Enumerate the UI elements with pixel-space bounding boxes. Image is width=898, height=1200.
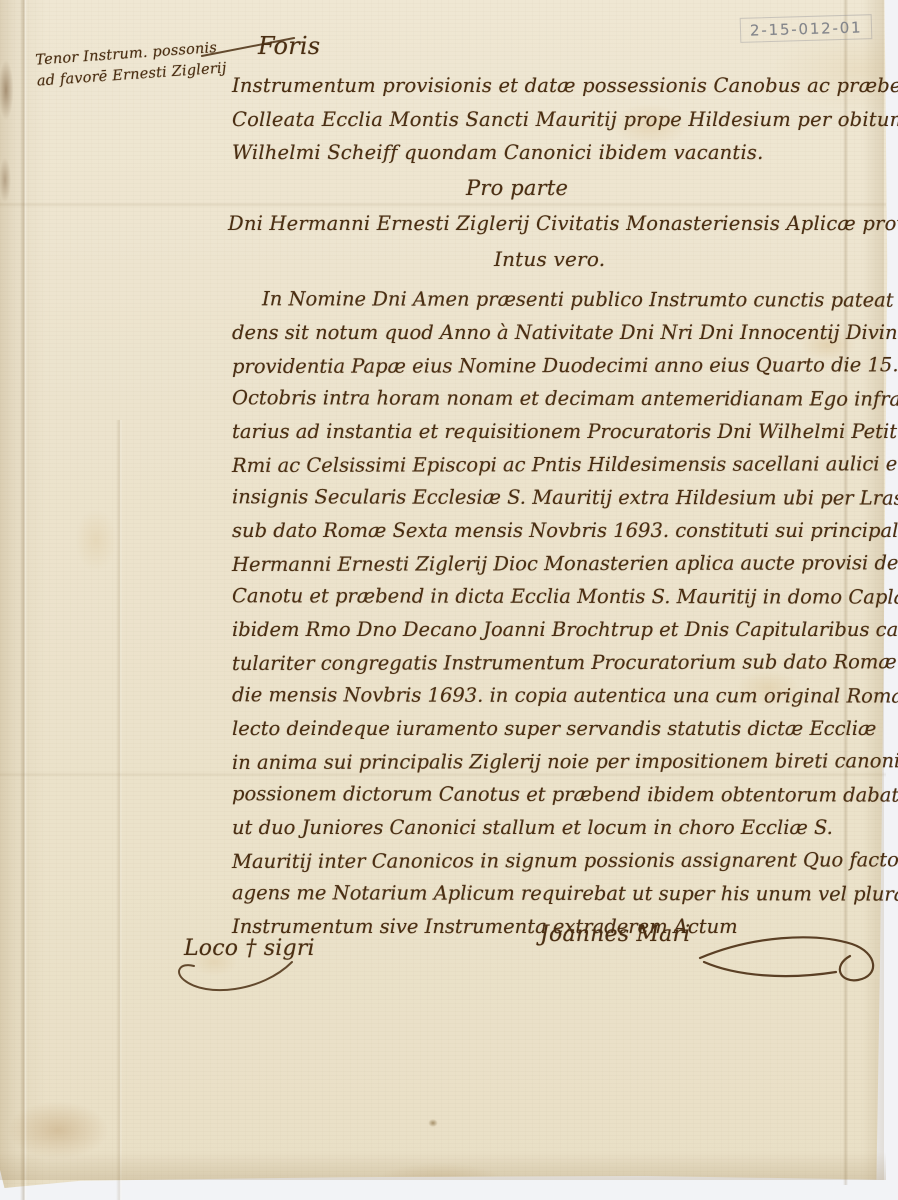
body-line: In Nomine Dni Amen præsenti publico Inst… (232, 282, 898, 317)
foris-line-3: Wilhelmi Scheiff quondam Canonici ibidem… (232, 141, 764, 164)
body-line: Octobris intra horam nonam et decimam an… (232, 381, 898, 416)
body-line: Mauritij inter Canonicos in signum possi… (232, 843, 898, 878)
body-text-block: In Nomine Dni Amen præsenti publico Inst… (232, 283, 898, 943)
body-line: Hermanni Ernesti Ziglerij Dioc Monasteri… (232, 546, 898, 581)
body-line: providentia Papæ eius Nomine Duodecimi a… (232, 348, 898, 383)
pro-parte-line: Dni Hermanni Ernesti Ziglerij Civitatis … (228, 212, 898, 235)
heading-foris: Foris (258, 32, 320, 60)
scanned-manuscript-page: { "colors": { "paper": "#ece3cd", "ink":… (0, 0, 898, 1200)
body-line: in anima sui principalis Ziglerij noie p… (232, 744, 898, 779)
body-line: agens me Notarium Aplicum requirebat ut … (232, 876, 898, 911)
body-line: Canotu et præbend in dicta Ecclia Montis… (232, 579, 898, 614)
body-line: Rmi ac Celsissimi Episcopi ac Pntis Hild… (232, 447, 898, 482)
body-line: possionem dictorum Canotus et præbend ib… (232, 777, 898, 812)
foris-line-2: Colleata Ecclia Montis Sancti Mauritij p… (232, 108, 898, 131)
body-line: dens sit notum quod Anno à Nativitate Dn… (232, 316, 898, 349)
body-line: ibidem Rmo Dno Decano Joanni Brochtrup e… (232, 613, 898, 646)
body-line: sub dato Romæ Sexta mensis Novbris 1693.… (232, 514, 898, 547)
body-line: tarius ad instantia et requisitionem Pro… (232, 415, 898, 448)
foris-line-1: Instrumentum provisionis et datæ possess… (232, 74, 898, 97)
body-line: lecto deindeque iuramento super servandi… (232, 712, 898, 745)
body-line: insignis Secularis Ecclesiæ S. Mauritij … (232, 480, 898, 515)
loco-sigilli-note: Loco † sigri (184, 936, 315, 961)
body-line: die mensis Novbris 1693. in copia autent… (232, 678, 898, 713)
heading-intus-vero: Intus vero. (494, 247, 605, 271)
archival-number: 2-15-012-01 (740, 14, 873, 43)
body-line: tulariter congregatis Instrumentum Procu… (232, 645, 898, 680)
notary-signature: Joannes Mari (540, 922, 690, 947)
body-line: ut duo Juniores Canonici stallum et locu… (232, 811, 898, 844)
heading-pro-parte: Pro parte (466, 176, 568, 200)
